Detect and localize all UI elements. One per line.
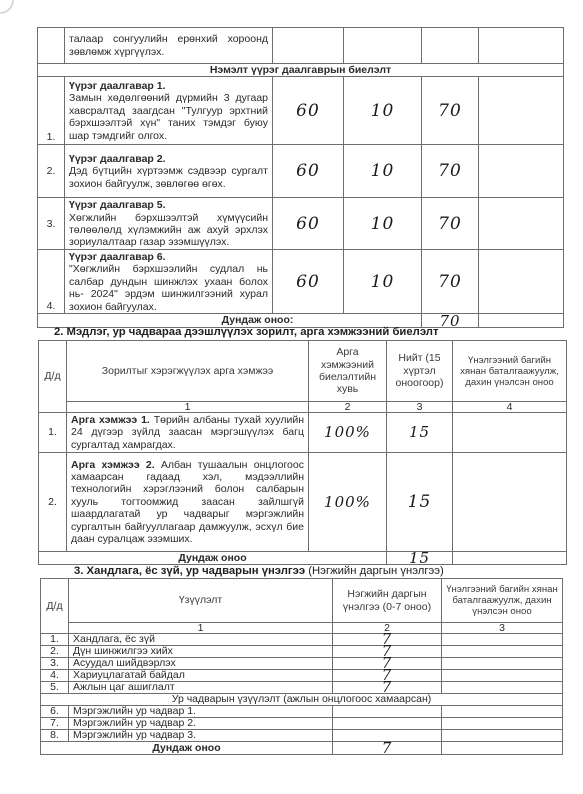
section-3-title-note: (Нэгжийн даргын үнэлгээ) [305, 565, 444, 577]
score-a: 60 [273, 77, 344, 145]
measure-text: Албан тушаалын онцлогоос хамаарсан гадаа… [71, 459, 304, 545]
skill-label: Мэргэжлийн ур чадвар 2. [69, 718, 333, 730]
table-row: 2. Дүн шинжилгээ хийх 7 [41, 646, 563, 658]
row-number: 6. [41, 706, 69, 718]
table-row: 4. Үүрэг даалгавар 6."Хөгжлийн бэрхшээли… [38, 250, 564, 314]
score-review [479, 77, 564, 145]
header-col2: Нэгжийн даргын үнэлгээ (0-7 оноо) [333, 579, 442, 623]
table-row: 4. Хариуцлагатай байдал 7 [41, 670, 563, 682]
row-number: 7. [41, 718, 69, 730]
header-col3: Нийт (15 хүртэл оноогоор) [387, 341, 453, 402]
header-col3: Үнэлгээний багийн хянан баталгаажуулж, д… [442, 579, 563, 623]
score-review [479, 145, 564, 198]
criterion-label: Ажлын цаг ашиглалт [69, 682, 333, 694]
skill-score [333, 718, 442, 730]
criterion-label: Асуудал шийдвэрлэх [69, 658, 333, 670]
row-number: 2. [39, 453, 67, 552]
completion-percent: 100% [309, 453, 387, 552]
task-cell: Үүрэг даалгавар 2.Дэд бүтцийн хүртээмж с… [65, 145, 273, 198]
measure-cell: Арга хэмжээ 1. Төрийн албаны тухай хуули… [67, 413, 309, 453]
table-row: 1. Хандлага, ёс зүй 7 [41, 634, 563, 646]
score-a: 60 [273, 198, 344, 250]
criterion-review [442, 634, 563, 646]
criterion-review [442, 658, 563, 670]
criterion-label: Дүн шинжилгээ хийх [69, 646, 333, 658]
task-title: Үүрэг даалгавар 2. [69, 153, 166, 165]
score-a: 60 [273, 145, 344, 198]
skill-review [442, 706, 563, 718]
header-row: Д/д Үзүүлэлт Нэгжийн даргын үнэлгээ (0-7… [41, 579, 563, 623]
col-number: 4 [453, 402, 567, 413]
row-number: 5. [41, 682, 69, 694]
score-b: 10 [344, 77, 422, 145]
table-row: 6. Мэргэжлийн ур чадвар 1. [41, 706, 563, 718]
skill-score [333, 706, 442, 718]
task-title: Үүрэг даалгавар 1. [69, 80, 166, 92]
table-row: 1. Арга хэмжээ 1. Төрийн албаны тухай ху… [39, 413, 567, 453]
attitude-ethics-table: Д/д Үзүүлэлт Нэгжийн даргын үнэлгээ (0-7… [40, 578, 563, 755]
row-number: 4. [41, 670, 69, 682]
row-number: 1. [41, 634, 69, 646]
total-score: 15 [387, 413, 453, 453]
criterion-review [442, 682, 563, 694]
skill-review [442, 730, 563, 742]
review-score [453, 413, 567, 453]
section-3-title-main: 3. Хандлага, ёс зүй, ур чадварын үнэлгээ [74, 565, 305, 577]
header-num: Д/д [41, 579, 69, 634]
task-cell: Үүрэг даалгавар 1.Замын хөдөлгөөний дүрм… [65, 77, 273, 145]
criterion-review [442, 646, 563, 658]
criterion-label: Хандлага, ёс зүй [69, 634, 333, 646]
criterion-score: 7 [333, 682, 442, 694]
score-total: 70 [422, 250, 479, 314]
score-review [479, 250, 564, 314]
skill-label: Мэргэжлийн ур чадвар 3. [69, 730, 333, 742]
row-number: 2. [38, 145, 65, 198]
additional-tasks-table: талаар сонгуулийн ерөнхий хороонд зөвлөм… [37, 27, 564, 328]
measure-title: Арга хэмжээ 1. [71, 414, 150, 426]
row-number: 8. [41, 730, 69, 742]
skills-development-table: Д/д Зорилтыг хэрэгжүүлэх арга хэмжээ Арг… [38, 340, 567, 565]
col-number: 3 [387, 402, 453, 413]
completion-percent: 100% [309, 413, 387, 453]
column-number-row: 1 2 3 [41, 623, 563, 634]
average-value: 7 [333, 742, 442, 755]
table-row: 2. Үүрэг даалгавар 2.Дэд бүтцийн хүртээм… [38, 145, 564, 198]
row-number: 1. [39, 413, 67, 453]
col-number: 1 [69, 623, 333, 634]
average-row: Дундаж оноо 7 [41, 742, 563, 755]
scan-corner-artifact [0, 0, 14, 14]
measure-cell: Арга хэмжээ 2. Албан тушаалын онцлогоос … [67, 453, 309, 552]
task-title: Үүрэг даалгавар 5. [69, 199, 166, 211]
score-b: 10 [344, 198, 422, 250]
measure-title: Арга хэмжээ 2. [71, 459, 155, 471]
section-header-row: Нэмэлт үүрэг даалгаврын биелэлт [38, 64, 564, 77]
task-cell: Үүрэг даалгавар 5.Хөгжлийн бэрхшээлтэй х… [65, 198, 273, 250]
col-number: 2 [309, 402, 387, 413]
subsection-header: Ур чадварын үзүүлэлт (ажлын онцлогоос ха… [41, 694, 563, 706]
header-col2: Арга хэмжээний биелэлтийн хувь [309, 341, 387, 402]
task-text: Замын хөдөлгөөний дүрмийн 3 дугаар хавср… [69, 92, 268, 141]
column-number-row: 1 2 3 4 [39, 402, 567, 413]
table-row: 8. Мэргэжлийн ур чадвар 3. [41, 730, 563, 742]
table-row: талаар сонгуулийн ерөнхий хороонд зөвлөм… [38, 28, 564, 64]
total-score: 15 [387, 453, 453, 552]
score-b: 10 [344, 145, 422, 198]
table-row: 5. Ажлын цаг ашиглалт 7 [41, 682, 563, 694]
criterion-label: Хариуцлагатай байдал [69, 670, 333, 682]
score-total: 70 [422, 198, 479, 250]
average-label: Дундаж оноо [41, 742, 333, 755]
score-b: 10 [344, 250, 422, 314]
table-row: 3. Үүрэг даалгавар 5.Хөгжлийн бэрхшээлтэ… [38, 198, 564, 250]
task-text: Хөгжлийн бэрхшээлтэй хүмүүсийн төлөөлөлд… [69, 212, 268, 249]
table-row: 2. Арга хэмжээ 2. Албан тушаалын онцлого… [39, 453, 567, 552]
row-number [38, 28, 65, 64]
header-col4: Үнэлгээний багийн хянан баталгаажуулж, д… [453, 341, 567, 402]
header-row: Д/д Зорилтыг хэрэгжүүлэх арга хэмжээ Арг… [39, 341, 567, 402]
average-value: 15 [387, 552, 453, 565]
header-col1: Зорилтыг хэрэгжүүлэх арга хэмжээ [67, 341, 309, 402]
header-col1: Үзүүлэлт [69, 579, 333, 623]
table-row: 1. Үүрэг даалгавар 1.Замын хөдөлгөөний д… [38, 77, 564, 145]
average-label: Дундаж оноо [39, 552, 387, 565]
row-number: 2. [41, 646, 69, 658]
task-text: "Хөгжлийн бэрхшээлийн судлал нь салбар д… [69, 263, 268, 312]
score-total: 70 [422, 77, 479, 145]
task-title: Үүрэг даалгавар 6. [69, 251, 166, 263]
score-a: 60 [273, 250, 344, 314]
section-2-title: 2. Мэдлэг, ур чадвараа дээшлүүлэх зорилт… [54, 326, 439, 338]
table-row: 3. Асуудал шийдвэрлэх 7 [41, 658, 563, 670]
row-number: 3. [38, 198, 65, 250]
criterion-review [442, 670, 563, 682]
section-3-title: 3. Хандлага, ёс зүй, ур чадварын үнэлгээ… [74, 565, 444, 577]
score-review [479, 198, 564, 250]
col-number: 3 [442, 623, 563, 634]
skill-review [442, 718, 563, 730]
task-cell: Үүрэг даалгавар 6."Хөгжлийн бэрхшээлийн … [65, 250, 273, 314]
subsection-header-row: Ур чадварын үзүүлэлт (ажлын онцлогоос ха… [41, 694, 563, 706]
skill-label: Мэргэжлийн ур чадвар 1. [69, 706, 333, 718]
task-text: Дэд бүтцийн хүртээмж сэдвээр сургалт зох… [69, 165, 268, 189]
row-number: 1. [38, 77, 65, 145]
average-row: Дундаж оноо 15 [39, 552, 567, 565]
table-row: 7. Мэргэжлийн ур чадвар 2. [41, 718, 563, 730]
row-number: 4. [38, 250, 65, 314]
task-text: талаар сонгуулийн ерөнхий хороонд зөвлөм… [65, 28, 273, 64]
header-num: Д/д [39, 341, 67, 413]
review-score [453, 453, 567, 552]
col-number: 1 [67, 402, 309, 413]
row-number: 3. [41, 658, 69, 670]
score-total: 70 [422, 145, 479, 198]
section-header: Нэмэлт үүрэг даалгаврын биелэлт [38, 64, 564, 77]
